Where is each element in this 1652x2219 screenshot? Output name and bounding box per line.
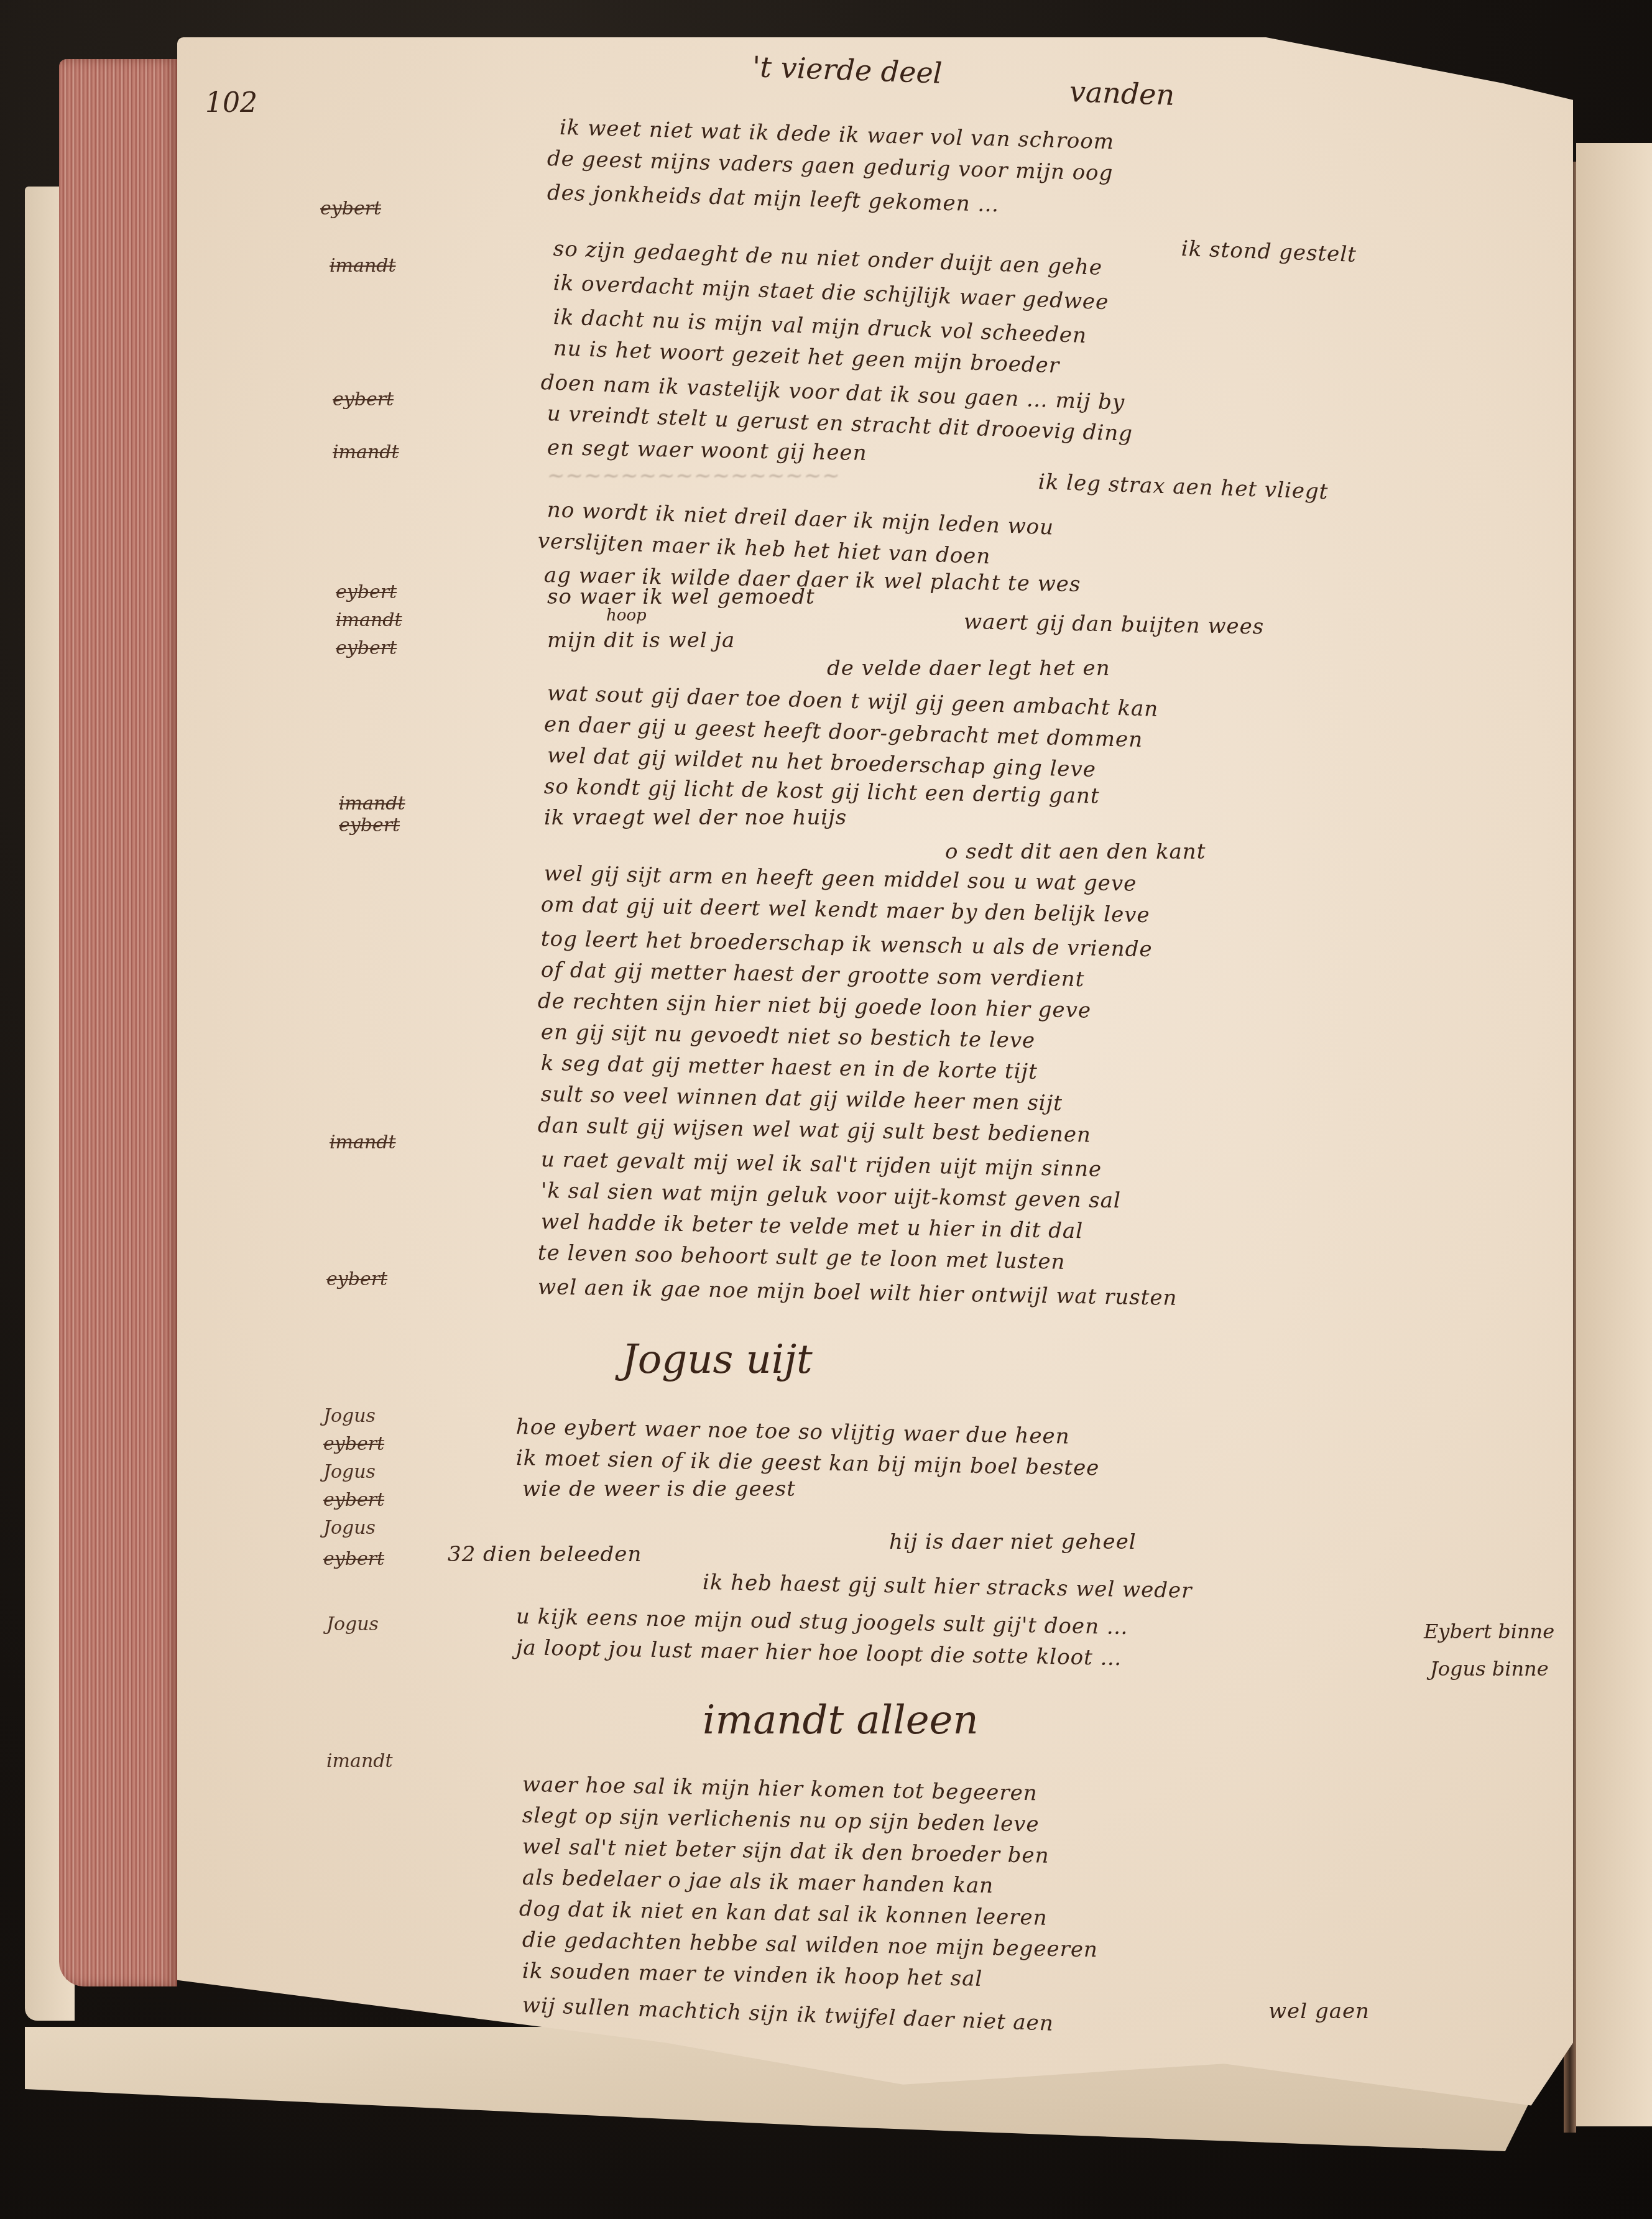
red-page-edges	[59, 59, 177, 1986]
text-line: hij is daer niet geheel	[889, 1529, 1137, 1554]
scene-heading: Jogus uijt	[622, 1337, 813, 1383]
text-line: so waer ik wel gemoedt	[547, 584, 815, 609]
text-line: wel gaen	[1268, 1999, 1370, 2024]
speaker-name: eybert	[333, 389, 394, 410]
text-line: o sedt dit aen den kant	[945, 839, 1206, 864]
scene-heading: imandt alleen	[703, 1697, 979, 1743]
text-line: de velde daer legt het en	[827, 656, 1110, 681]
facing-page	[1576, 143, 1652, 2126]
interlinear-insertion: hoop	[606, 606, 647, 625]
speaker-name: imandt	[330, 255, 396, 277]
speaker-name: Jogus	[326, 1613, 379, 1635]
faded-text-line: ~~~~~~~~~~~~~~~~	[547, 463, 841, 488]
speaker-name: Jogus	[323, 1461, 376, 1483]
text-line: 32 dien beleeden	[448, 1542, 642, 1567]
speaker-name: imandt	[336, 609, 402, 631]
catchword-top: vanden	[1069, 75, 1175, 112]
text-line: ik vraegt wel der noe huijs	[544, 805, 847, 830]
text-line: mijn dit is wel ja	[547, 628, 735, 653]
stage-direction: Eybert binne	[1424, 1620, 1554, 1643]
speaker-name: imandt	[326, 1750, 393, 1772]
speaker-name: eybert	[323, 1433, 384, 1455]
speaker-name: Jogus	[323, 1517, 376, 1539]
speaker-name: eybert	[323, 1489, 384, 1511]
speaker-name: imandt	[330, 1132, 396, 1153]
speaker-name: Jogus	[323, 1405, 376, 1427]
speaker-name: eybert	[320, 198, 381, 219]
speaker-name: eybert	[336, 637, 397, 659]
speaker-name: eybert	[326, 1268, 387, 1290]
stage-direction: Jogus binne	[1430, 1657, 1549, 1681]
text-line: waert gij dan buijten wees	[964, 609, 1265, 639]
speaker-name: imandt	[333, 441, 399, 463]
text-line: wie de weer is die geest	[522, 1477, 796, 1502]
speaker-name: eybert	[323, 1548, 384, 1570]
running-head: 't vierde deel	[752, 50, 943, 90]
folio-number: 102	[205, 87, 257, 119]
speaker-name: imandt	[339, 793, 405, 814]
speaker-name: eybert	[336, 581, 397, 603]
speaker-name: eybert	[339, 814, 400, 836]
